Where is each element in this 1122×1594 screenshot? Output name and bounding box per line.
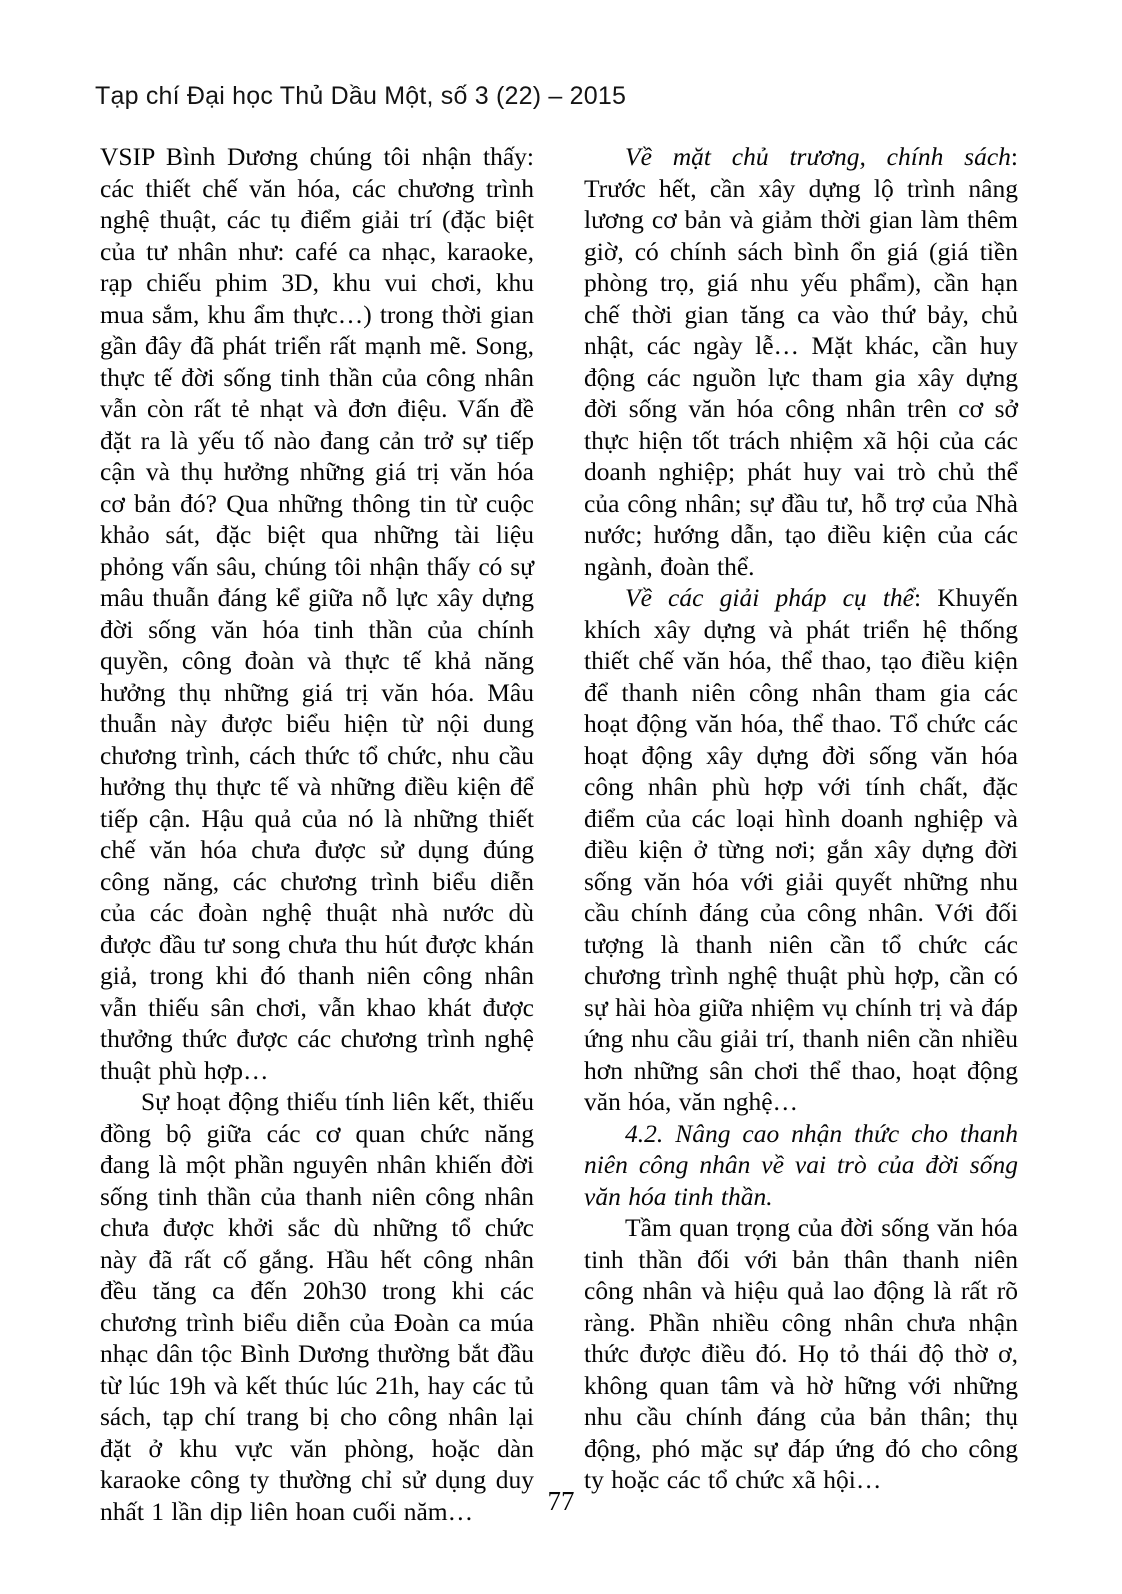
page-number: 77 <box>0 1486 1122 1517</box>
section-heading-4-2: 4.2. Nâng cao nhận thức cho thanh niên c… <box>584 1118 1018 1213</box>
paragraph: Tầm quan trọng của đời sống văn hóa tinh… <box>584 1212 1018 1496</box>
paragraph-text: : Khuyến khích xây dựng và phát triển hệ… <box>584 583 1018 1116</box>
article-body: VSIP Bình Dương chúng tôi nhận thấy: các… <box>100 141 1018 1527</box>
paragraph-lead-italic: Về mặt chủ trương, chính sách <box>625 142 1011 171</box>
paragraph-text: : Trước hết, cần xây dựng lộ trình nâng … <box>584 142 1018 581</box>
paragraph-lead-italic: Về các giải pháp cụ thể <box>625 583 914 612</box>
journal-header: Tạp chí Đại học Thủ Dầu Một, số 3 (22) –… <box>95 82 626 111</box>
paragraph: VSIP Bình Dương chúng tôi nhận thấy: các… <box>100 141 534 1086</box>
left-column: VSIP Bình Dương chúng tôi nhận thấy: các… <box>100 141 534 1527</box>
paragraph: Về các giải pháp cụ thể: Khuyến khích xâ… <box>584 582 1018 1118</box>
right-column: Về mặt chủ trương, chính sách: Trước hết… <box>584 141 1018 1527</box>
paragraph: Sự hoạt động thiếu tính liên kết, thiếu … <box>100 1086 534 1527</box>
paragraph: Về mặt chủ trương, chính sách: Trước hết… <box>584 141 1018 582</box>
